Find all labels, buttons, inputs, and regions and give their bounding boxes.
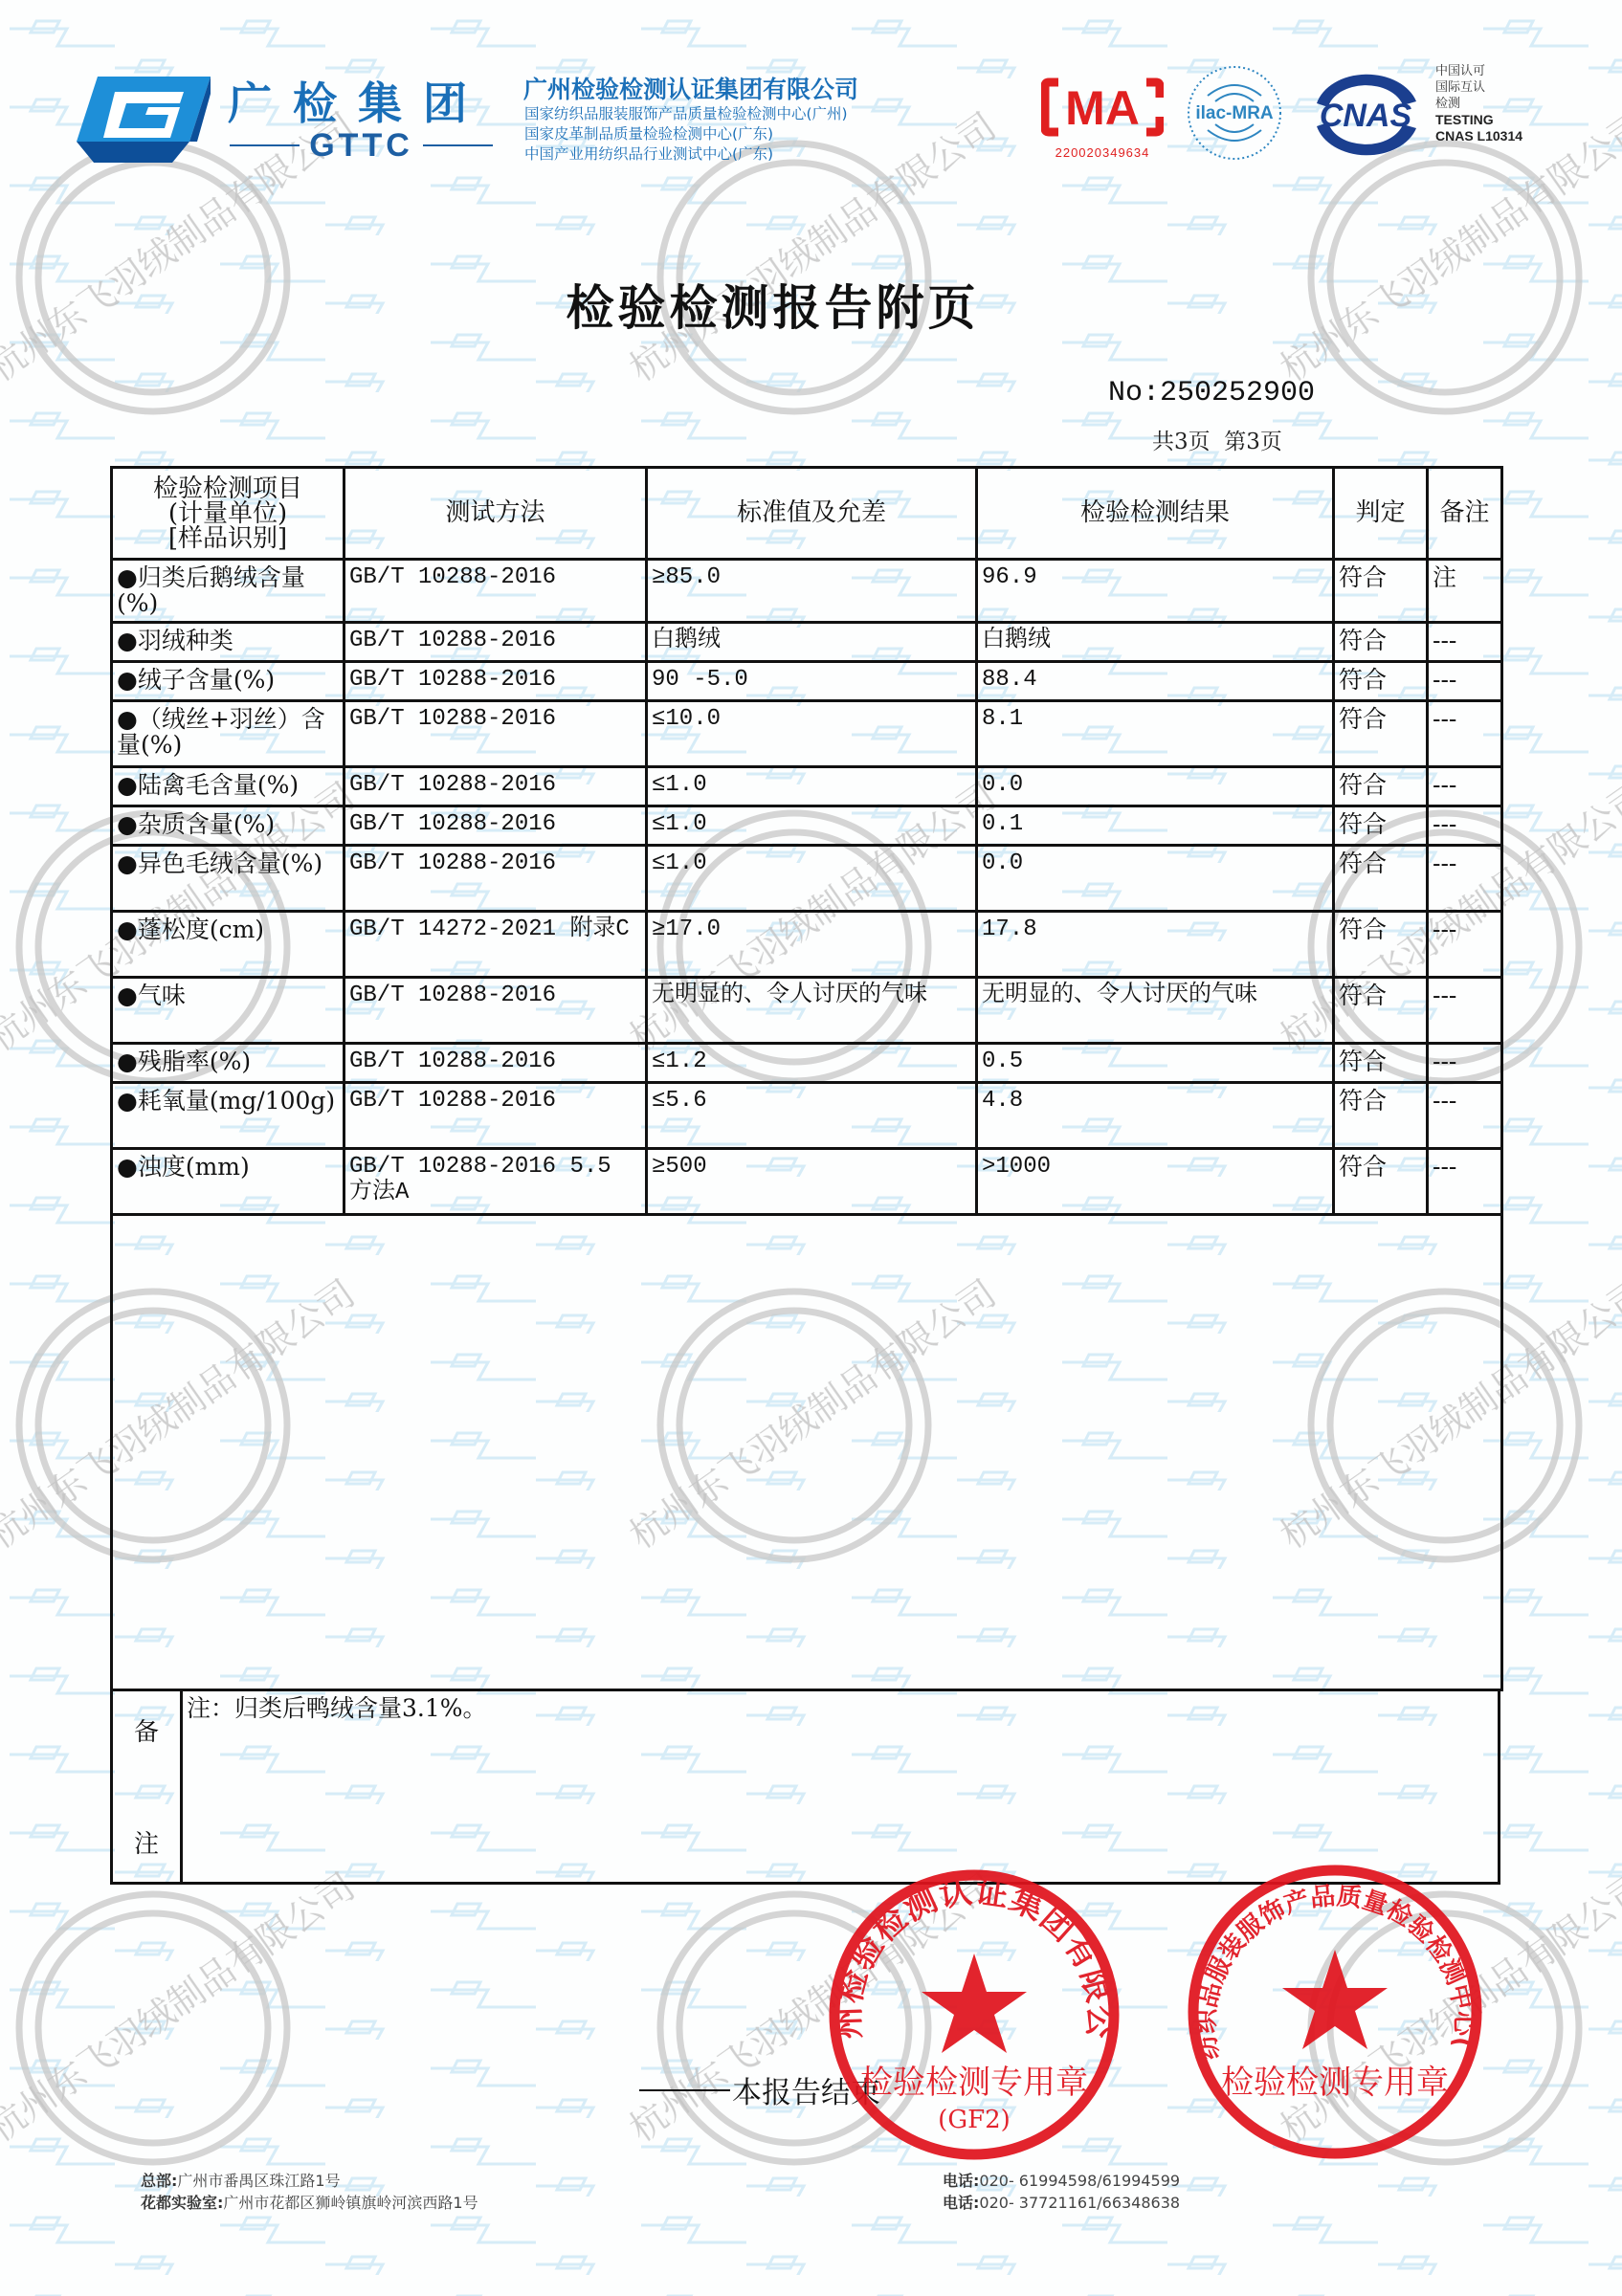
cell-result: 无明显的、令人讨厌的气味 [977, 978, 1334, 1044]
cell-standard: 无明显的、令人讨厌的气味 [647, 978, 977, 1044]
cell-judgement: 符合 [1334, 1044, 1428, 1083]
page-title: 检验检测报告附页 [0, 270, 1545, 339]
cell-result: 0.0 [977, 767, 1334, 806]
cell-judgement: 符合 [1334, 912, 1428, 978]
remarks-text: 注：归类后鸭绒含量3.1%。 [182, 1690, 1500, 1884]
table-row: ●异色毛绒含量(%)GB/T 10288-2016≤1.00.0符合--- [112, 846, 1502, 912]
svg-text:(GF2): (GF2) [938, 2106, 1011, 2134]
cell-method: GB/T 10288-2016 [344, 1083, 647, 1149]
cnas-logo-icon: CNAS [1303, 67, 1428, 163]
header-method: 测试方法 [344, 468, 647, 560]
cell-remark: --- [1428, 1083, 1502, 1149]
cell-standard: ≤1.0 [647, 767, 977, 806]
cell-item: ●蓬松度(cm) [112, 912, 344, 978]
svg-text:CNAS: CNAS [1320, 98, 1412, 134]
gttc-logo-icon [77, 75, 211, 163]
cell-item: ●气味 [112, 978, 344, 1044]
cell-judgement: 符合 [1334, 806, 1428, 846]
header-result: 检验检测结果 [977, 468, 1334, 560]
cell-result: 96.9 [977, 560, 1334, 623]
cell-remark: --- [1428, 806, 1502, 846]
cell-result: 0.0 [977, 846, 1334, 912]
cell-item: ●陆禽毛含量(%) [112, 767, 344, 806]
cell-result: 0.5 [977, 1044, 1334, 1083]
test-results-table: 检验检测项目 (计量单位) [样品识别] 测试方法 标准值及允差 检验检测结果 … [110, 466, 1503, 1691]
report-number: No:250252900 [1108, 377, 1315, 409]
header-item: 检验检测项目 (计量单位) [样品识别] [112, 468, 344, 560]
cell-judgement: 符合 [1334, 1149, 1428, 1215]
svg-text:检验检测专用章: 检验检测专用章 [1221, 2064, 1449, 2102]
cell-item: ●归类后鹅绒含量(%) [112, 560, 344, 623]
cell-remark: --- [1428, 912, 1502, 978]
official-seal-gttc-icon: 广州检验检测认证集团有限公司 检验检测专用章 (GF2) [825, 1865, 1123, 2164]
footer-addresses: 总部:广州市番禺区珠江路1号 花都实验室:广州市花都区狮岭镇旗岭河滨西路1号 [141, 2170, 478, 2214]
header-remark: 备注 [1428, 468, 1502, 560]
header-judgement: 判定 [1334, 468, 1428, 560]
cell-method: GB/T 10288-2016 [344, 767, 647, 806]
footer-phone-1: 电话:020- 61994598/61994599 [943, 2170, 1180, 2192]
cell-method: GB/T 10288-2016 [344, 623, 647, 662]
cell-result: 0.1 [977, 806, 1334, 846]
table-row: ●归类后鹅绒含量(%)GB/T 10288-2016≥85.096.9符合注 [112, 560, 1502, 623]
cell-judgement: 符合 [1334, 701, 1428, 767]
cell-judgement: 符合 [1334, 623, 1428, 662]
cell-remark: --- [1428, 701, 1502, 767]
table-row: ●杂质含量(%)GB/T 10288-2016≤1.00.1符合--- [112, 806, 1502, 846]
cell-remark: --- [1428, 1149, 1502, 1215]
cell-standard: ≤10.0 [647, 701, 977, 767]
cell-judgement: 符合 [1334, 1083, 1428, 1149]
cell-item: ●（绒丝+羽丝）含量(%) [112, 701, 344, 767]
cnas-accreditation-text: 中国认可 国际互认 检测 TESTING CNAS L10314 [1435, 63, 1522, 144]
cell-item: ●浊度(mm) [112, 1149, 344, 1215]
svg-text:国家纺织品服装服饰产品质量检验检测中心(广州): 国家纺织品服装服饰产品质量检验检测中心(广州) [1183, 1860, 1478, 2063]
cell-judgement: 符合 [1334, 767, 1428, 806]
cell-result: 8.1 [977, 701, 1334, 767]
cell-standard: 90 -5.0 [647, 662, 977, 701]
cell-standard: ≤1.0 [647, 806, 977, 846]
cell-standard: ≤5.6 [647, 1083, 977, 1149]
cell-item: ●耗氧量(mg/100g) [112, 1083, 344, 1149]
table-row: ●蓬松度(cm)GB/T 14272-2021 附录C≥17.017.8符合--… [112, 912, 1502, 978]
organization-name: 广州检验检测认证集团有限公司 [523, 71, 858, 105]
cell-method: GB/T 10288-2016 [344, 846, 647, 912]
cell-method: GB/T 10288-2016 5.5 方法A [344, 1149, 647, 1215]
cell-method: GB/T 10288-2016 [344, 560, 647, 623]
table-row: ●气味GB/T 10288-2016无明显的、令人讨厌的气味无明显的、令人讨厌的… [112, 978, 1502, 1044]
cell-remark: 注 [1428, 560, 1502, 623]
cell-item: ●异色毛绒含量(%) [112, 846, 344, 912]
cell-result: >1000 [977, 1149, 1334, 1215]
table-header-row: 检验检测项目 (计量单位) [样品识别] 测试方法 标准值及允差 检验检测结果 … [112, 468, 1502, 560]
table-row: ●浊度(mm)GB/T 10288-2016 5.5 方法A≥500>1000符… [112, 1149, 1502, 1215]
org-subtitle-3: 中国产业用纺织品行业测试中心(广东) [524, 144, 773, 165]
cell-method: GB/T 10288-2016 [344, 1044, 647, 1083]
cell-method: GB/T 10288-2016 [344, 978, 647, 1044]
official-seal-national-center-icon: 国家纺织品服装服饰产品质量检验检测中心(广州) 检验检测专用章 [1183, 1860, 1487, 2164]
cell-judgement: 符合 [1334, 662, 1428, 701]
cell-method: GB/T 10288-2016 [344, 662, 647, 701]
footer-phone-2: 电话:020- 37721161/66348638 [943, 2192, 1180, 2214]
cell-standard: ≥500 [647, 1149, 977, 1215]
cma-number: 220020349634 [1041, 145, 1164, 160]
ilac-mra-logo-icon: ilac-MRA [1187, 61, 1282, 165]
svg-text:ilac-MRA: ilac-MRA [1195, 103, 1274, 123]
remarks-label: 备 注 [112, 1690, 182, 1884]
footer-hq-address: 总部:广州市番禺区珠江路1号 [141, 2170, 478, 2192]
cell-remark: --- [1428, 1044, 1502, 1083]
cell-item: ●杂质含量(%) [112, 806, 344, 846]
org-subtitle-2: 国家皮革制品质量检验检测中心(广东) [524, 124, 773, 144]
table-row: ●陆禽毛含量(%)GB/T 10288-2016≤1.00.0符合--- [112, 767, 1502, 806]
cell-standard: ≤1.0 [647, 846, 977, 912]
table-row: ●（绒丝+羽丝）含量(%)GB/T 10288-2016≤10.08.1符合--… [112, 701, 1502, 767]
page-indicator: 共3页 第3页 [1152, 424, 1282, 455]
cell-remark: --- [1428, 767, 1502, 806]
cell-result: 17.8 [977, 912, 1334, 978]
svg-text:检验检测专用章: 检验检测专用章 [860, 2064, 1088, 2102]
brand-name-en: GTTC [230, 128, 493, 163]
cell-standard: ≥17.0 [647, 912, 977, 978]
cma-logo-icon: MA 220020349634 [1041, 77, 1164, 163]
cell-remark: --- [1428, 662, 1502, 701]
svg-text:MA: MA [1065, 81, 1140, 135]
org-subtitle-1: 国家纺织品服装服饰产品质量检验检测中心(广州) [524, 104, 848, 124]
cell-item: ●绒子含量(%) [112, 662, 344, 701]
brand-name-cn: 广检集团 [228, 69, 488, 132]
footer-lab-address: 花都实验室:广州市花都区狮岭镇旗岭河滨西路1号 [141, 2192, 478, 2214]
cell-standard: ≤1.2 [647, 1044, 977, 1083]
cell-remark: --- [1428, 623, 1502, 662]
cell-item: ●羽绒种类 [112, 623, 344, 662]
cell-judgement: 符合 [1334, 978, 1428, 1044]
table-row: ●耗氧量(mg/100g)GB/T 10288-2016≤5.64.8符合--- [112, 1083, 1502, 1149]
cell-method: GB/T 14272-2021 附录C [344, 912, 647, 978]
cell-standard: 白鹅绒 [647, 623, 977, 662]
remarks-box: 备 注 注：归类后鸭绒含量3.1%。 [110, 1689, 1500, 1885]
table-row: ●羽绒种类GB/T 10288-2016白鹅绒白鹅绒符合--- [112, 623, 1502, 662]
cell-judgement: 符合 [1334, 560, 1428, 623]
table-row: ●绒子含量(%)GB/T 10288-201690 -5.088.4符合--- [112, 662, 1502, 701]
cell-judgement: 符合 [1334, 846, 1428, 912]
header-standard: 标准值及允差 [647, 468, 977, 560]
table-row: ●残脂率(%)GB/T 10288-2016≤1.20.5符合--- [112, 1044, 1502, 1083]
svg-text:杭州东飞羽绒制品有限公司: 杭州东飞羽绒制品有限公司 [0, 1865, 363, 2151]
footer-phones: 电话:020- 61994598/61994599 电话:020- 377211… [943, 2170, 1180, 2214]
blank-area [112, 1215, 1502, 1690]
cell-result: 4.8 [977, 1083, 1334, 1149]
cell-remark: --- [1428, 846, 1502, 912]
cell-item: ●残脂率(%) [112, 1044, 344, 1083]
cell-method: GB/T 10288-2016 [344, 701, 647, 767]
cell-result: 88.4 [977, 662, 1334, 701]
cell-standard: ≥85.0 [647, 560, 977, 623]
cell-result: 白鹅绒 [977, 623, 1334, 662]
cell-remark: --- [1428, 978, 1502, 1044]
cell-method: GB/T 10288-2016 [344, 806, 647, 846]
